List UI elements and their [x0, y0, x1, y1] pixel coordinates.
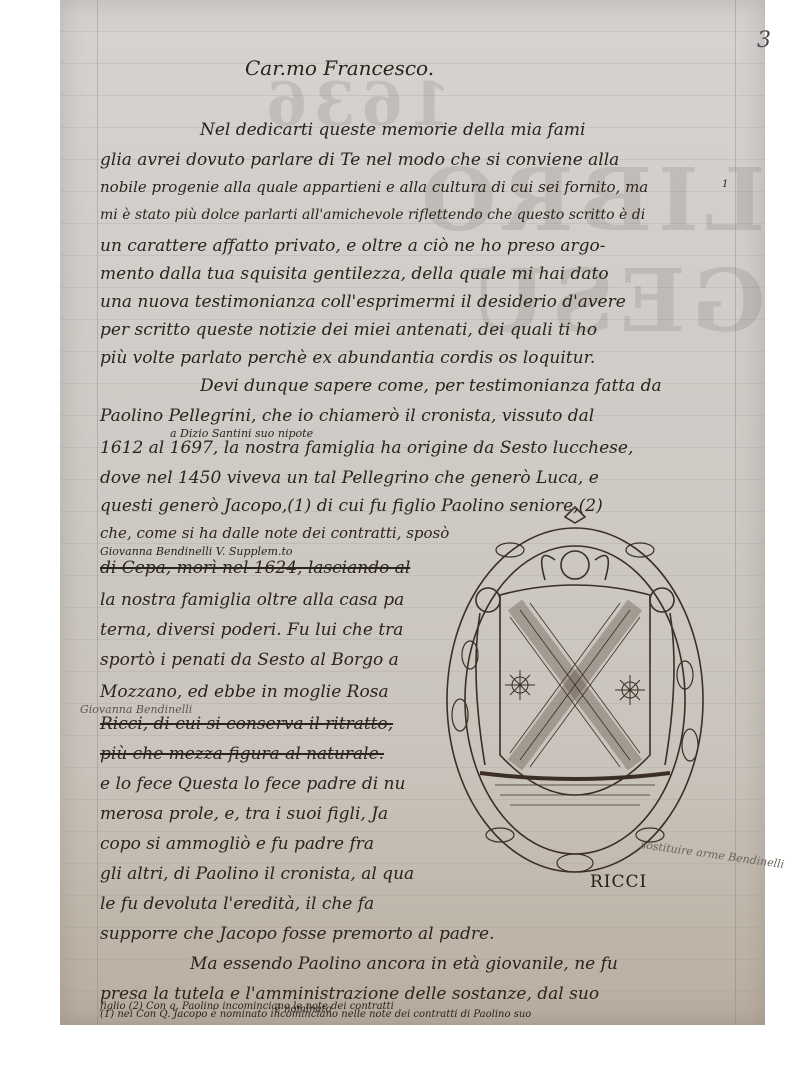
page-number: 3 — [757, 28, 771, 53]
coat-of-arms-label: RICCI — [590, 872, 647, 892]
body-line-5: un carattere affatto privato, e oltre a … — [100, 238, 605, 255]
body-line-24: merosa prole, e, tra i suoi figli, Ja — [100, 806, 388, 823]
body-line-1: Nel dedicarti queste memorie della mia f… — [200, 122, 585, 139]
body-line-7: una nuova testimonianza coll'esprimermi … — [100, 294, 626, 311]
body-line-22: più che mezza figura al naturale. — [100, 746, 384, 763]
body-line-29: Ma essendo Paolino ancora in età giovani… — [190, 956, 618, 973]
body-line-2: glia avrei dovuto parlare di Te nel modo… — [100, 152, 619, 169]
body-line-23: e lo fece Questa lo fece padre di nu — [100, 776, 405, 793]
body-line-28: supporre che Jacopo fosse premorto al pa… — [100, 926, 494, 943]
body-line-16: di Cepa, morì nel 1624, lasciando al — [100, 560, 410, 577]
body-line-20: Mozzano, ed ebbe in moglie Rosa — [100, 684, 389, 701]
body-line-3: nobile progenie alla quale appartieni e … — [100, 180, 648, 195]
body-line-18: terna, diversi poderi. Fu lui che tra — [100, 622, 403, 639]
left-margin-rule — [97, 0, 98, 1025]
footnote-2: figlio (2) Con q. Paolino incominciano l… — [100, 1002, 394, 1012]
body-line-15: che, come si ha dalle note dei contratti… — [100, 526, 449, 541]
body-line-19: sportò i penati da Sesto al Borgo a — [100, 652, 399, 669]
interlinear-note-2: Giovanna Bendinelli V. Supplem.to — [100, 546, 293, 557]
body-line-27: le fu devoluta l'eredità, il che fa — [100, 896, 374, 913]
body-line-10: Devi dunque sapere come, per testimonian… — [200, 378, 662, 395]
body-line-25: copo si ammogliò e fu padre fra — [100, 836, 374, 853]
body-line-13: dove nel 1450 viveva un tal Pellegrino c… — [100, 470, 599, 487]
body-line-12: 1612 al 1697, la nostra famiglia ha orig… — [100, 440, 633, 457]
body-line-17: la nostra famiglia oltre alla casa pa — [100, 592, 404, 609]
body-line-9: più volte parlato perchè ex abundantia c… — [100, 350, 595, 367]
body-line-26: gli altri, di Paolino il cronista, al qu… — [100, 866, 414, 883]
body-line-6: mento dalla tua squisita gentilezza, del… — [100, 266, 609, 283]
marginal-note-left: 1 — [722, 180, 728, 190]
body-line-21: Ricci, di cui si conserva il ritratto, — [100, 716, 393, 733]
coat-of-arms-illustration — [440, 505, 710, 885]
body-line-4: mi è stato più dolce parlarti all'amiche… — [100, 208, 645, 222]
salutation: Car.mo Francesco. — [245, 58, 434, 78]
body-line-8: per scritto queste notizie dei miei ante… — [100, 322, 597, 339]
body-line-11: Paolino Pellegrini, che io chiamerò il c… — [100, 408, 594, 425]
